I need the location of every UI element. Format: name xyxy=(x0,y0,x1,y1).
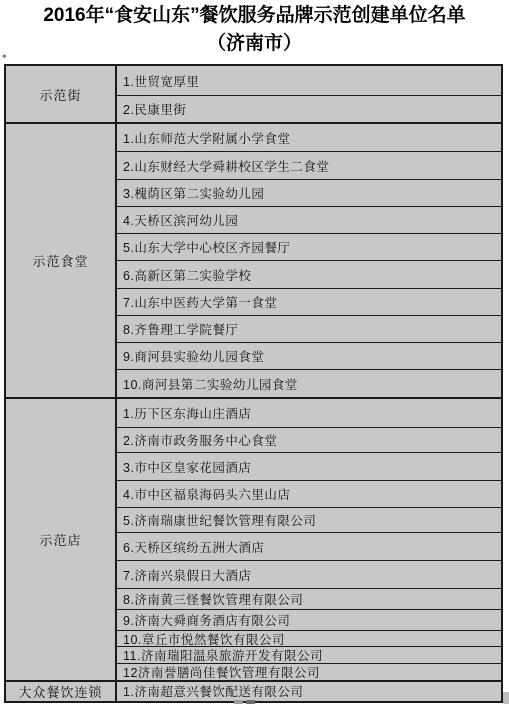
table-row: 10.商河县第二实验幼儿园食堂 xyxy=(117,370,501,397)
table-row: 4.天桥区滨河幼儿园 xyxy=(117,207,501,234)
table-row: 5.山东大学中心校区齐园餐厅 xyxy=(117,234,501,261)
table-row: 8.济南黄三怪餐饮管理有限公司 xyxy=(117,589,501,610)
table-row: 1.历下区东海山庄酒店 xyxy=(117,399,501,428)
table-row: 1.世贸宽厚里 xyxy=(117,66,501,96)
table-row: 6.高新区第二实验学校 xyxy=(117,261,501,289)
item-text: 12济南誉膳尚佳餐饮管理有限公司 xyxy=(123,664,320,680)
table-row: 8.齐鲁理工学院餐厅 xyxy=(117,316,501,343)
item-text: 3.槐荫区第二实验幼儿园 xyxy=(123,184,264,202)
section-items: 1.世贸宽厚里2.民康里街 xyxy=(117,66,501,122)
category-cell: 示范食堂 xyxy=(6,124,117,397)
item-text: 1.济南超意兴餐饮配送有限公司 xyxy=(123,682,303,699)
item-text: 1.历下区东海山庄酒店 xyxy=(123,404,251,422)
item-text: 4.天桥区滨河幼儿园 xyxy=(123,211,238,229)
item-text: 8.济南黄三怪餐饮管理有限公司 xyxy=(123,590,303,608)
table-section: 示范街1.世贸宽厚里2.民康里街 xyxy=(6,66,501,122)
item-text: 3.市中区皇家花园酒店 xyxy=(123,458,251,476)
section-items: 1.济南超意兴餐饮配送有限公司 xyxy=(117,682,501,701)
table-row: 1.山东师范大学附属小学食堂 xyxy=(117,124,501,152)
item-text: 6.天桥区缤纷五洲大酒店 xyxy=(123,538,264,556)
item-text: 10.章丘市悦然餐饮有限公司 xyxy=(123,631,285,647)
item-text: 1.世贸宽厚里 xyxy=(123,72,199,90)
table-row: 9.济南大舜商务酒店有限公司 xyxy=(117,610,501,631)
item-text: 9.商河县实验幼儿园食堂 xyxy=(123,347,264,365)
demonstration-units-table: 示范街1.世贸宽厚里2.民康里街示范食堂1.山东师范大学附属小学食堂2.山东财经… xyxy=(4,64,503,703)
table-row: 10.章丘市悦然餐饮有限公司 xyxy=(117,631,501,647)
page-title: 2016年“食安山东”餐饮服务品牌示范创建单位名单 （济南市） xyxy=(0,0,509,62)
cursor-artifact-icon: ✦ xyxy=(1,53,8,61)
item-text: 2.山东财经大学舜耕校区学生二食堂 xyxy=(123,157,329,175)
item-text: 5.山东大学中心校区齐园餐厅 xyxy=(123,238,290,256)
item-text: 7.济南兴泉假日大酒店 xyxy=(123,566,251,584)
table-row: 5.济南瑞康世纪餐饮管理有限公司 xyxy=(117,508,501,533)
item-text: 4.市中区福泉海码头六里山店 xyxy=(123,485,290,503)
scrollbar-fragment xyxy=(234,700,243,704)
table-row: 7.济南兴泉假日大酒店 xyxy=(117,561,501,589)
table-section: 示范店1.历下区东海山庄酒店2.济南市政务服务中心食堂3.市中区皇家花园酒店4.… xyxy=(6,397,501,680)
item-text: 8.齐鲁理工学院餐厅 xyxy=(123,320,238,338)
scrollbar-fragment xyxy=(503,692,509,704)
item-text: 7.山东中医药大学第一食堂 xyxy=(123,293,277,311)
table-row: 1.济南超意兴餐饮配送有限公司 xyxy=(117,682,501,699)
page-title-line1: 2016年“食安山东”餐饮服务品牌示范创建单位名单 xyxy=(0,2,509,30)
table-row: 11.济南瑞阳温泉旅游开发有限公司 xyxy=(117,647,501,664)
table-row: 2.济南市政务服务中心食堂 xyxy=(117,428,501,453)
item-text: 2.民康里街 xyxy=(123,100,186,118)
table-row: 3.市中区皇家花园酒店 xyxy=(117,453,501,481)
section-items: 1.山东师范大学附属小学食堂2.山东财经大学舜耕校区学生二食堂3.槐荫区第二实验… xyxy=(117,124,501,397)
table-section: 大众餐饮连锁1.济南超意兴餐饮配送有限公司 xyxy=(6,680,501,701)
table-row: 12济南誉膳尚佳餐饮管理有限公司 xyxy=(117,664,501,680)
item-text: 1.山东师范大学附属小学食堂 xyxy=(123,129,290,147)
item-text: 9.济南大舜商务酒店有限公司 xyxy=(123,611,290,629)
page-title-line2: （济南市） xyxy=(0,30,509,58)
table-row: 4.市中区福泉海码头六里山店 xyxy=(117,481,501,508)
table-section: 示范食堂1.山东师范大学附属小学食堂2.山东财经大学舜耕校区学生二食堂3.槐荫区… xyxy=(6,122,501,397)
item-text: 5.济南瑞康世纪餐饮管理有限公司 xyxy=(123,511,316,529)
category-cell: 大众餐饮连锁 xyxy=(6,682,117,701)
table-row: 7.山东中医药大学第一食堂 xyxy=(117,289,501,316)
item-text: 6.高新区第二实验学校 xyxy=(123,266,251,284)
scrollbar-fragment xyxy=(246,700,255,704)
table-row: 2.民康里街 xyxy=(117,96,501,122)
section-items: 1.历下区东海山庄酒店2.济南市政务服务中心食堂3.市中区皇家花园酒店4.市中区… xyxy=(117,399,501,680)
table-row: 6.天桥区缤纷五洲大酒店 xyxy=(117,533,501,561)
item-text: 10.商河县第二实验幼儿园食堂 xyxy=(123,375,298,393)
table-row: 2.山东财经大学舜耕校区学生二食堂 xyxy=(117,152,501,180)
table-row: 3.槐荫区第二实验幼儿园 xyxy=(117,180,501,207)
category-cell: 示范店 xyxy=(6,399,117,680)
table-row: 9.商河县实验幼儿园食堂 xyxy=(117,343,501,370)
item-text: 2.济南市政务服务中心食堂 xyxy=(123,431,277,449)
category-cell: 示范街 xyxy=(6,66,117,122)
item-text: 11.济南瑞阳温泉旅游开发有限公司 xyxy=(123,647,323,664)
